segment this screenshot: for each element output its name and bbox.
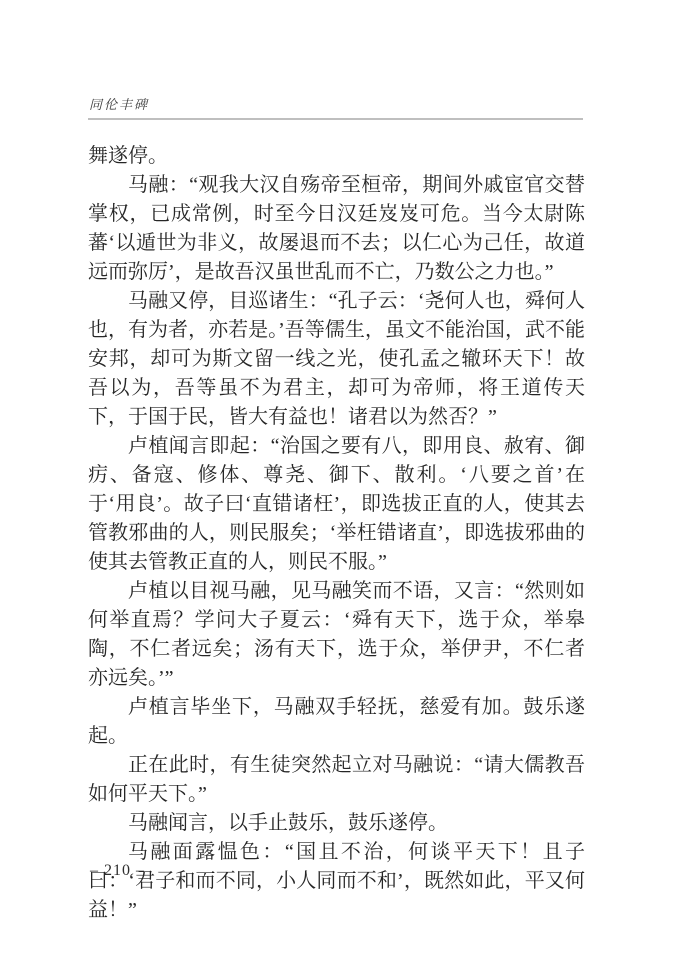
paragraph: 卢植闻言即起：“治国之要有八，即用良、赦宥、御疠、备寇、修体、尊尧、御下、散利。… (88, 432, 585, 577)
page-number: – 210 – (90, 862, 145, 880)
running-title: 同伦丰碑 (89, 94, 149, 113)
paragraph: 舞遂停。 (88, 142, 585, 171)
book-page: 同伦丰碑 舞遂停。马融：“观我大汉自殇帝至桓帝，期间外戚宦官交替掌权，已成常例，… (0, 0, 692, 968)
header-rule (88, 118, 583, 120)
paragraph: 马融又停，目巡诸生：“孔子云：‘尧何人也，舜何人也，有为者，亦若是。’吾等儒生，… (88, 287, 585, 432)
paragraph: 卢植言毕坐下，马融双手轻抚，慈爱有加。鼓乐遂起。 (88, 693, 585, 751)
paragraph: 马融面露愠色：“国且不治，何谈平天下！且子曰：‘君子和而不同，小人同而不和’，既… (88, 838, 585, 925)
paragraph: 马融：“观我大汉自殇帝至桓帝，期间外戚宦官交替掌权，已成常例，时至今日汉廷岌岌可… (88, 171, 585, 287)
page-body: 舞遂停。马融：“观我大汉自殇帝至桓帝，期间外戚宦官交替掌权，已成常例，时至今日汉… (88, 142, 585, 925)
paragraph: 卢植以目视马融，见马融笑而不语，又言：“然则如何举直焉？学问大子夏云：‘舜有天下… (88, 577, 585, 693)
paragraph: 马融闻言，以手止鼓乐，鼓乐遂停。 (88, 809, 585, 838)
paragraph: 正在此时，有生徒突然起立对马融说：“请大儒教吾如何平天下。” (88, 751, 585, 809)
